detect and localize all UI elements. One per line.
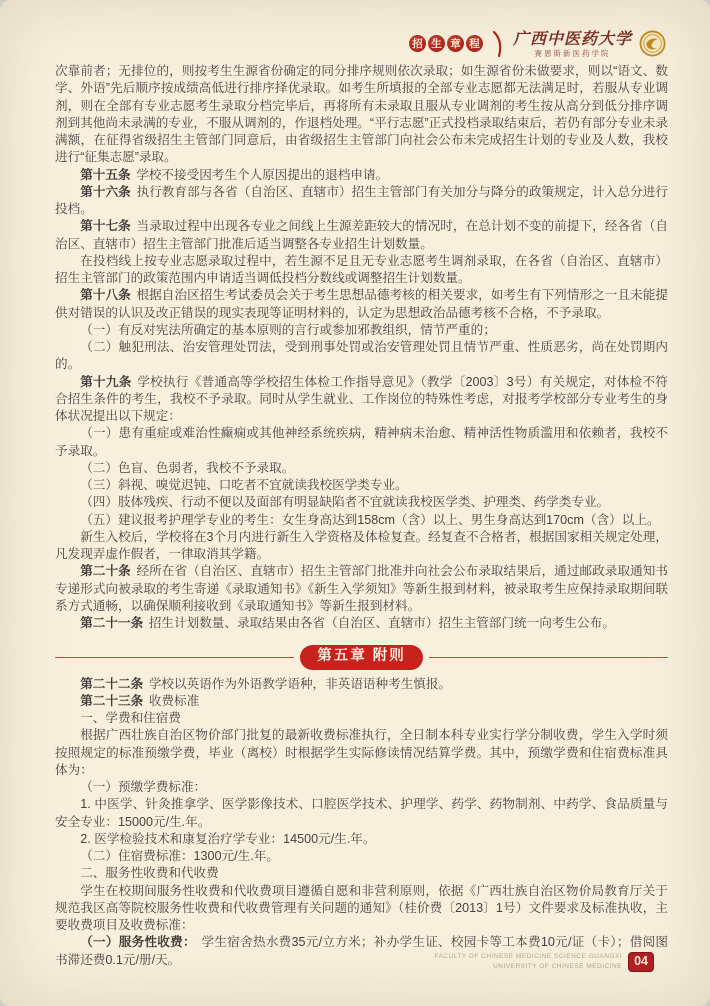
article-number: 第二十条 bbox=[80, 564, 131, 578]
paragraph: 第十八条根据自治区招生考试委员会关于考生思想品德考核的相关要求，如考生有下列情形… bbox=[55, 287, 668, 322]
paragraph: 一、学费和住宿费 bbox=[55, 710, 668, 727]
paragraph: 新生入校后，学校将在3个月内进行新生入学资格及体检复查。经复查不合格者，根据国家… bbox=[55, 529, 668, 564]
paragraph: 1. 中医学、针灸推拿学、医学影像技术、口腔医学技术、护理学、药学、药物制剂、中… bbox=[55, 796, 668, 831]
paragraph: 2. 医学检验技术和康复治疗学专业：14500元/生.年。 bbox=[55, 831, 668, 848]
paragraph: 第十六条执行教育部与各省（自治区、直辖市）招生主管部门有关加分与降分的政策规定，… bbox=[55, 184, 668, 219]
article-number: 第十七条 bbox=[80, 219, 131, 233]
paragraph: （四）肢体残疾、行动不便以及面部有明显缺陷者不宜就读我校医学类、护理类、药学类专… bbox=[55, 494, 668, 511]
paragraph: 第十五条学校不接受因考生个人原因提出的退档申请。 bbox=[55, 167, 668, 184]
paragraph: 二、服务性收费和代收费 bbox=[55, 865, 668, 882]
paragraph: （一）预缴学费标准： bbox=[55, 779, 668, 796]
article-number: 第十五条 bbox=[80, 168, 130, 182]
badge-char: 招 bbox=[409, 35, 426, 52]
article-number: 第十八条 bbox=[80, 288, 131, 302]
article-number: （一）服务性收费： bbox=[80, 935, 196, 949]
document-body: 次靠前者；无排位的，则按考生生源省份确定的同分排序规则依次录取；如生源省份未做要… bbox=[55, 63, 668, 969]
page-number: 04 bbox=[628, 952, 654, 972]
article-number: 第二十三条 bbox=[80, 694, 143, 708]
paragraph: 第二十三条收费标准 bbox=[55, 693, 668, 710]
university-name: 广西中医药大学 bbox=[513, 30, 632, 48]
university-seal-icon bbox=[639, 30, 666, 57]
paragraph: 第十七条当录取过程中出现各专业之间线上生源差距较大的情况时，在总计划不变的前提下… bbox=[55, 218, 668, 253]
paragraph: （二）触犯刑法、治安管理处罚法，受到刑事处罚或治安管理处罚且情节严重、性质恶劣，… bbox=[55, 339, 668, 374]
paragraph: 学生在校期间服务性收费和代收费项目遵循自愿和非营利原则，依据《广西壮族自治区物价… bbox=[55, 883, 668, 935]
university-names: 广西中医药大学 赛恩斯新医药学院 bbox=[513, 30, 632, 58]
heading-rule-left bbox=[55, 657, 294, 659]
article-number: 第十九条 bbox=[80, 375, 131, 389]
article-number: 第二十二条 bbox=[80, 677, 143, 691]
paragraph: （五）建议报考护理学专业的考生：女生身高达到158cm（含）以上、男生身高达到1… bbox=[55, 512, 668, 529]
faculty-line: UNIVERSITY OF CHINESE MEDICINE bbox=[434, 962, 622, 972]
paragraph: 根据广西壮族自治区物价部门批复的最新收费标准执行，全日制本科专业实行学分制收费，… bbox=[55, 727, 668, 779]
faculty-name: FACULTY OF CHINESE MEDICINE SCIENCE GUAN… bbox=[434, 952, 622, 972]
paragraph: 第二十一条招生计划数量、录取结果由各省（自治区、直辖市）招生主管部门统一向考生公… bbox=[55, 615, 668, 632]
article-number: 第十六条 bbox=[80, 185, 131, 199]
paragraph: （三）斜视、嗅觉迟钝、口吃者不宜就读我校医学类专业。 bbox=[55, 477, 668, 494]
paragraph: 在投档线上按专业志愿录取过程中，若生源不足且无专业志愿考生调剂录取，在各省（自治… bbox=[55, 253, 668, 288]
heading-rule-right bbox=[429, 657, 668, 659]
paragraph: 第二十二条学校以英语作为外语教学语种，非英语语种考生慎报。 bbox=[55, 676, 668, 693]
badge-char: 生 bbox=[428, 35, 445, 52]
section-chapter5-appendix: 第二十二条学校以英语作为外语教学语种，非英语语种考生慎报。第二十三条收费标准一、… bbox=[55, 676, 668, 969]
swoosh-icon bbox=[491, 31, 505, 57]
admissions-charter-badge: 招 生 章 程 bbox=[409, 35, 483, 52]
badge-char: 程 bbox=[466, 35, 483, 52]
paragraph: （二）住宿费标准：1300元/生.年。 bbox=[55, 848, 668, 865]
page-header: 招 生 章 程 广西中医药大学 赛恩斯新医药学院 bbox=[409, 30, 666, 58]
faculty-line: FACULTY OF CHINESE MEDICINE SCIENCE GUAN… bbox=[434, 952, 622, 962]
article-number: 第二十一条 bbox=[80, 616, 143, 630]
paragraph: （一）患有重症或难治性癫痫或其他神经系统疾病，精神病未治愈、精神活性物质滥用和依… bbox=[55, 425, 668, 460]
paragraph: （二）色盲、色弱者，我校不予录取。 bbox=[55, 460, 668, 477]
section-chapter4-recruitment: 次靠前者；无排位的，则按考生生源省份确定的同分排序规则依次录取；如生源省份未做要… bbox=[55, 63, 668, 632]
badge-char: 章 bbox=[447, 35, 464, 52]
chapter-heading: 第五章 附则 bbox=[55, 645, 668, 669]
paragraph: 第二十条经所在省（自治区、直辖市）招生主管部门批准并向社会公布录取结果后，通过邮… bbox=[55, 563, 668, 615]
document-page: 招 生 章 程 广西中医药大学 赛恩斯新医药学院 次靠前者；无排位的，则按考生生… bbox=[0, 0, 710, 1006]
paragraph: （一）有反对宪法所确定的基本原则的言行或参加邪教组织，情节严重的； bbox=[55, 322, 668, 339]
paragraph: 第十九条学校执行《普通高等学校招生体检工作指导意见》（教学〔2003〕3号）有关… bbox=[55, 374, 668, 426]
page-footer: FACULTY OF CHINESE MEDICINE SCIENCE GUAN… bbox=[434, 952, 654, 972]
paragraph: 次靠前者；无排位的，则按考生生源省份确定的同分排序规则依次录取；如生源省份未做要… bbox=[55, 63, 668, 167]
chapter-title: 第五章 附则 bbox=[300, 645, 423, 669]
college-name: 赛恩斯新医药学院 bbox=[534, 50, 610, 58]
